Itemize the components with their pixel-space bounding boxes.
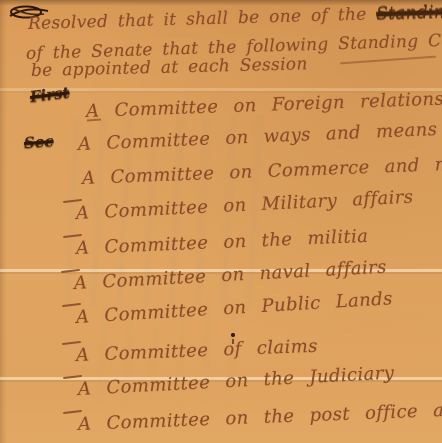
margin-note-sec: Sec bbox=[23, 132, 54, 152]
preamble-line-1-text: Resolved that it shall be one of the bbox=[28, 5, 367, 34]
stray-pen-line bbox=[340, 56, 436, 64]
committee-line: A Committee on Military affairs bbox=[75, 187, 413, 224]
committee-line: A Committee on ways and means bbox=[78, 119, 438, 155]
ink-blot bbox=[232, 339, 234, 344]
committee-line: A Committee on Commerce and manufactures bbox=[82, 149, 442, 189]
committee-line: A Committee on the militia bbox=[76, 226, 369, 259]
margin-note-first: First bbox=[29, 83, 71, 106]
committee-line: A Committee on Public Lands bbox=[75, 288, 393, 328]
ink-blot bbox=[231, 333, 235, 337]
committee-line: A Committee on Foreign relations bbox=[86, 89, 442, 122]
manuscript-page: Resolved that it shall be one of the Sta… bbox=[0, 0, 442, 443]
committee-line: A Committee on the Judiciary bbox=[77, 362, 394, 400]
committee-line: A Committee of claims bbox=[76, 336, 319, 366]
committee-line: A Committee on the post office and bbox=[78, 399, 442, 435]
struck-word: Standing bbox=[376, 2, 442, 24]
committee-line: A Committee on naval affairs bbox=[73, 257, 387, 294]
